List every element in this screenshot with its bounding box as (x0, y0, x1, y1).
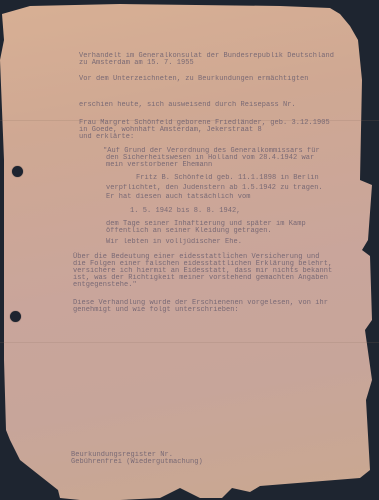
header-line-2: zu Amsterdam am 15. 7. 1955 (79, 59, 194, 67)
worn-line-2: öffentlich an seiner Kleidung getragen. (106, 227, 272, 235)
period-line: 1. 5. 1942 bis 8. 8. 1942, (130, 207, 241, 215)
intro-text: Vor dem Unterzeichneten, zu Beurkundunge… (79, 75, 309, 83)
oath-line-5: entgegenstehe." (73, 281, 137, 289)
closing-line-2: genehmigt und wie folgt unterschrieben: (73, 306, 239, 314)
punch-hole-icon (10, 311, 21, 322)
obligation-line-1: verpflichtet, den Judenstern ab 1.5.1942… (106, 184, 323, 192)
obligation-line-2: Er hat diesen auch tatsächlich vom (106, 193, 251, 201)
husband-line: Fritz B. Schönfeld geb. 11.1.1898 in Ber… (136, 174, 319, 182)
appeared-text: erschien heute, sich ausweisend durch Re… (79, 101, 296, 109)
paper-crease (0, 342, 379, 343)
punch-hole-icon (12, 166, 23, 177)
worn-line-3: Wir lebten in volljüdischer Ehe. (106, 238, 242, 246)
statement-line-3: mein verstorbener Ehemann (106, 161, 212, 169)
footer-fee-note: Gebührenfrei (Wiedergutmachung) (71, 458, 203, 466)
person-line-3: und erklärte: (79, 133, 134, 141)
